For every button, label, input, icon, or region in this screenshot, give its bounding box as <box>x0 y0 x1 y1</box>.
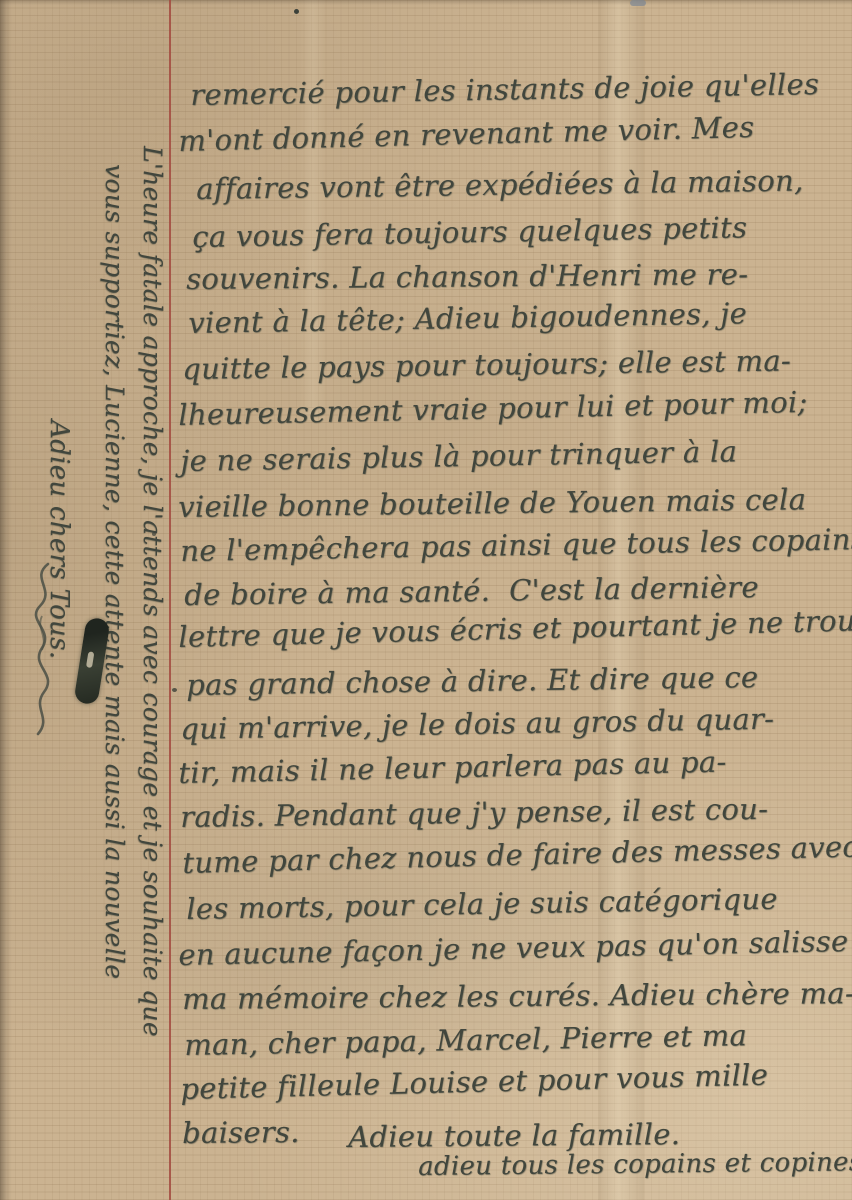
letter-page: remercié pour les instants de joie qu'el… <box>0 0 852 1200</box>
paper-speck <box>152 532 156 536</box>
handwriting-line: quitte le pays pour toujours; elle est m… <box>182 343 791 385</box>
handwriting-line: affaires vont être expédiées à la maison… <box>196 164 804 206</box>
signature-flourish <box>18 556 64 746</box>
handwriting-line: radis. Pendant que j'y pense, il est cou… <box>180 792 768 834</box>
paper-speck <box>294 9 299 14</box>
margin-handwriting-line: L'heure fatale approche, je l'attends av… <box>138 146 167 1037</box>
handwriting-line: de boire à ma santé. C'est la dernière <box>184 570 759 612</box>
scan-edge-shadow <box>0 0 852 5</box>
paper-speck <box>172 688 177 692</box>
handwriting-line: en aucune façon je ne veux pas qu'on sal… <box>178 924 849 972</box>
handwriting-line: qui m'arrive, je le dois au gros du quar… <box>180 702 775 746</box>
handwriting-line: baisers. <box>182 1115 300 1150</box>
handwriting-line: vieille bonne bouteille de Youen mais ce… <box>178 482 806 524</box>
handwriting-line: vient à la tête; Adieu bigoudennes, je <box>188 296 747 340</box>
handwriting-line: tir, mais il ne leur parlera pas au pa- <box>178 745 727 790</box>
handwriting-line: remercié pour les instants de joie qu'el… <box>190 67 819 112</box>
handwriting-line: ne l'empêchera pas ainsi que tous les co… <box>180 522 852 568</box>
handwriting-line: Adieu toute la famille. <box>348 1117 680 1154</box>
handwriting-line: adieu tous les copains et copines <box>418 1147 852 1182</box>
handwriting-line: pas grand chose à dire. Et dire que ce <box>186 660 759 702</box>
handwriting-line: les morts, pour cela je suis catégorique <box>186 882 778 926</box>
margin-rule-line <box>169 0 171 1200</box>
scan-edge-shadow <box>0 0 12 1200</box>
handwriting-line: m'ont donné en revenant me voir. Mes <box>178 110 755 158</box>
handwriting-line: man, cher papa, Marcel, Pierre et ma <box>184 1018 747 1062</box>
handwriting-line: souvenirs. La chanson d'Henri me re- <box>186 257 748 296</box>
handwriting-line: petite filleule Louise et pour vous mill… <box>180 1058 769 1106</box>
handwriting-line: tume par chez nous de faire des messes a… <box>182 829 852 880</box>
paper-speck <box>630 0 646 6</box>
handwriting-line: ma mémoire chez les curés. Adieu chère m… <box>182 976 852 1016</box>
handwriting-line: lheureusement vraie pour lui et pour moi… <box>178 385 808 432</box>
handwriting-line: je ne serais plus là pour trinquer à la <box>180 434 737 478</box>
margin-handwriting-line: vous supportiez, Lucienne, cette attente… <box>100 164 129 979</box>
handwriting-line: ça vous fera toujours quelques petits <box>192 210 748 254</box>
